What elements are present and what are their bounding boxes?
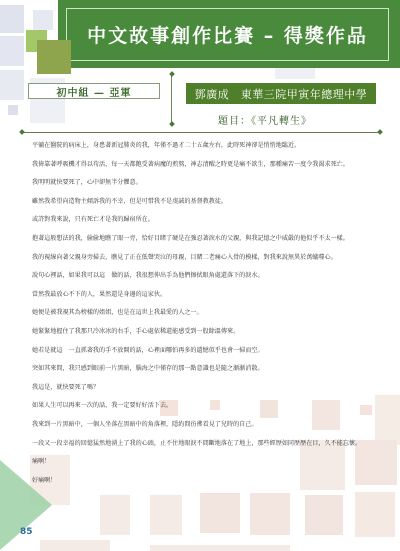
paragraph: 一段又一段幸福的回憶猛然地湧上了我的心頭，止不住地眼淚不間斷地落在了地上，那些經… <box>18 439 384 448</box>
paragraph: 我來到一片黑暗中，一個人坐落在黑暗中的角落裡，隱約間彷彿看見了兒時的自己。 <box>18 420 384 429</box>
decor-square <box>250 493 290 535</box>
decor-square <box>33 10 53 30</box>
paragraph: 抱著這般想法的我，偷偷地瞧了眼一旁，恰好目睹了硬是在強忍著淚水的父親，與我記憶之… <box>18 234 384 243</box>
paragraph: 她若是就這 一直抓著我的手不放開的話，心裡面哪怕再多的遺憾似乎也會一掃而空。 <box>18 346 384 355</box>
paragraph: 平躺在醫院的病床上，身患著新冠肺炎的我，年僅不過才二十五歲左右，此時死神卻是悄悄… <box>18 141 384 150</box>
divider-dot <box>19 129 25 135</box>
paragraph: 我這是，就快要死了嗎？ <box>18 383 384 392</box>
divider-dot <box>169 121 175 127</box>
decor-square <box>355 492 395 537</box>
decor-square <box>305 495 343 535</box>
paragraph: 或許對我來說，只有死亡才是我的歸宿所在。 <box>18 215 384 224</box>
story-topic: 題目：《平凡轉生》 <box>218 112 348 127</box>
paragraph: 她便是被我視其為榜樣的姐姐，也是在這世上我最愛的人之一。 <box>18 308 384 317</box>
paragraph: 好痛啊！ <box>18 476 384 485</box>
paragraph: 我倚靠著呼吸機才得以苟活，每一天都飽受著病魔的煎熬，神志清醒之時更是痛不欲生，那… <box>18 160 384 169</box>
paragraph: 痛啊！ <box>18 457 384 466</box>
paragraph: 當然我最放心不下的人，果然還是身邊的這家伙。 <box>18 290 384 299</box>
page-title: 中文故事創作比賽 – 得獎作品 <box>66 8 389 61</box>
decor-square <box>150 495 182 535</box>
paragraph: 我明明就快要死了，心中卻無半分懼意。 <box>18 178 384 187</box>
paragraph: 我的視線向著父親身旁掃去，瞧見了正在低聲哭泣的母親，目睹二老痛心入骨的模樣，對我… <box>18 253 384 262</box>
decor-square <box>100 495 130 535</box>
decor-square <box>0 70 24 100</box>
category-label: 初中組 — 亞軍 <box>28 83 160 99</box>
page-number: 85 <box>20 527 33 537</box>
decor-square-olive <box>37 40 71 74</box>
divider-dot <box>377 129 383 135</box>
author-label: 鄧廣成 東華三院甲寅年總理中學 <box>186 83 376 104</box>
decor-square <box>200 493 240 533</box>
paragraph: 說句心裡話，如果我可以這 做的話，我很想伸出手為他們擦拭眼角處還落下的淚水。 <box>18 271 384 280</box>
paragraph: 突如其來間，我只感到眼前一片黑暗，腦海之中僅存的那一點意識也是隨之漸漸消散。 <box>18 364 384 373</box>
decor-square <box>0 36 24 66</box>
decor-square <box>0 5 24 33</box>
vertical-divider <box>171 74 172 124</box>
horizontal-divider <box>22 132 380 133</box>
story-body: 平躺在醫院的病床上，身患著新冠肺炎的我，年僅不過才二十五歲左右，此時死神卻是悄悄… <box>18 141 384 494</box>
decor-square <box>8 105 18 115</box>
paragraph: 雖然我希望向造物主傾訴我的不幸，但是可惜我不是虔誠的基督教教徒。 <box>18 197 384 206</box>
paragraph: 如果人生可以再來一次的話，我一定要好好活下去。 <box>18 401 384 410</box>
decor-square <box>150 545 290 551</box>
divider-dot <box>169 71 175 77</box>
paragraph: 她緊緊地握住了我那只冷冰冰的右手，手心處依稀還能感受到一股餘溫傳來。 <box>18 327 384 336</box>
